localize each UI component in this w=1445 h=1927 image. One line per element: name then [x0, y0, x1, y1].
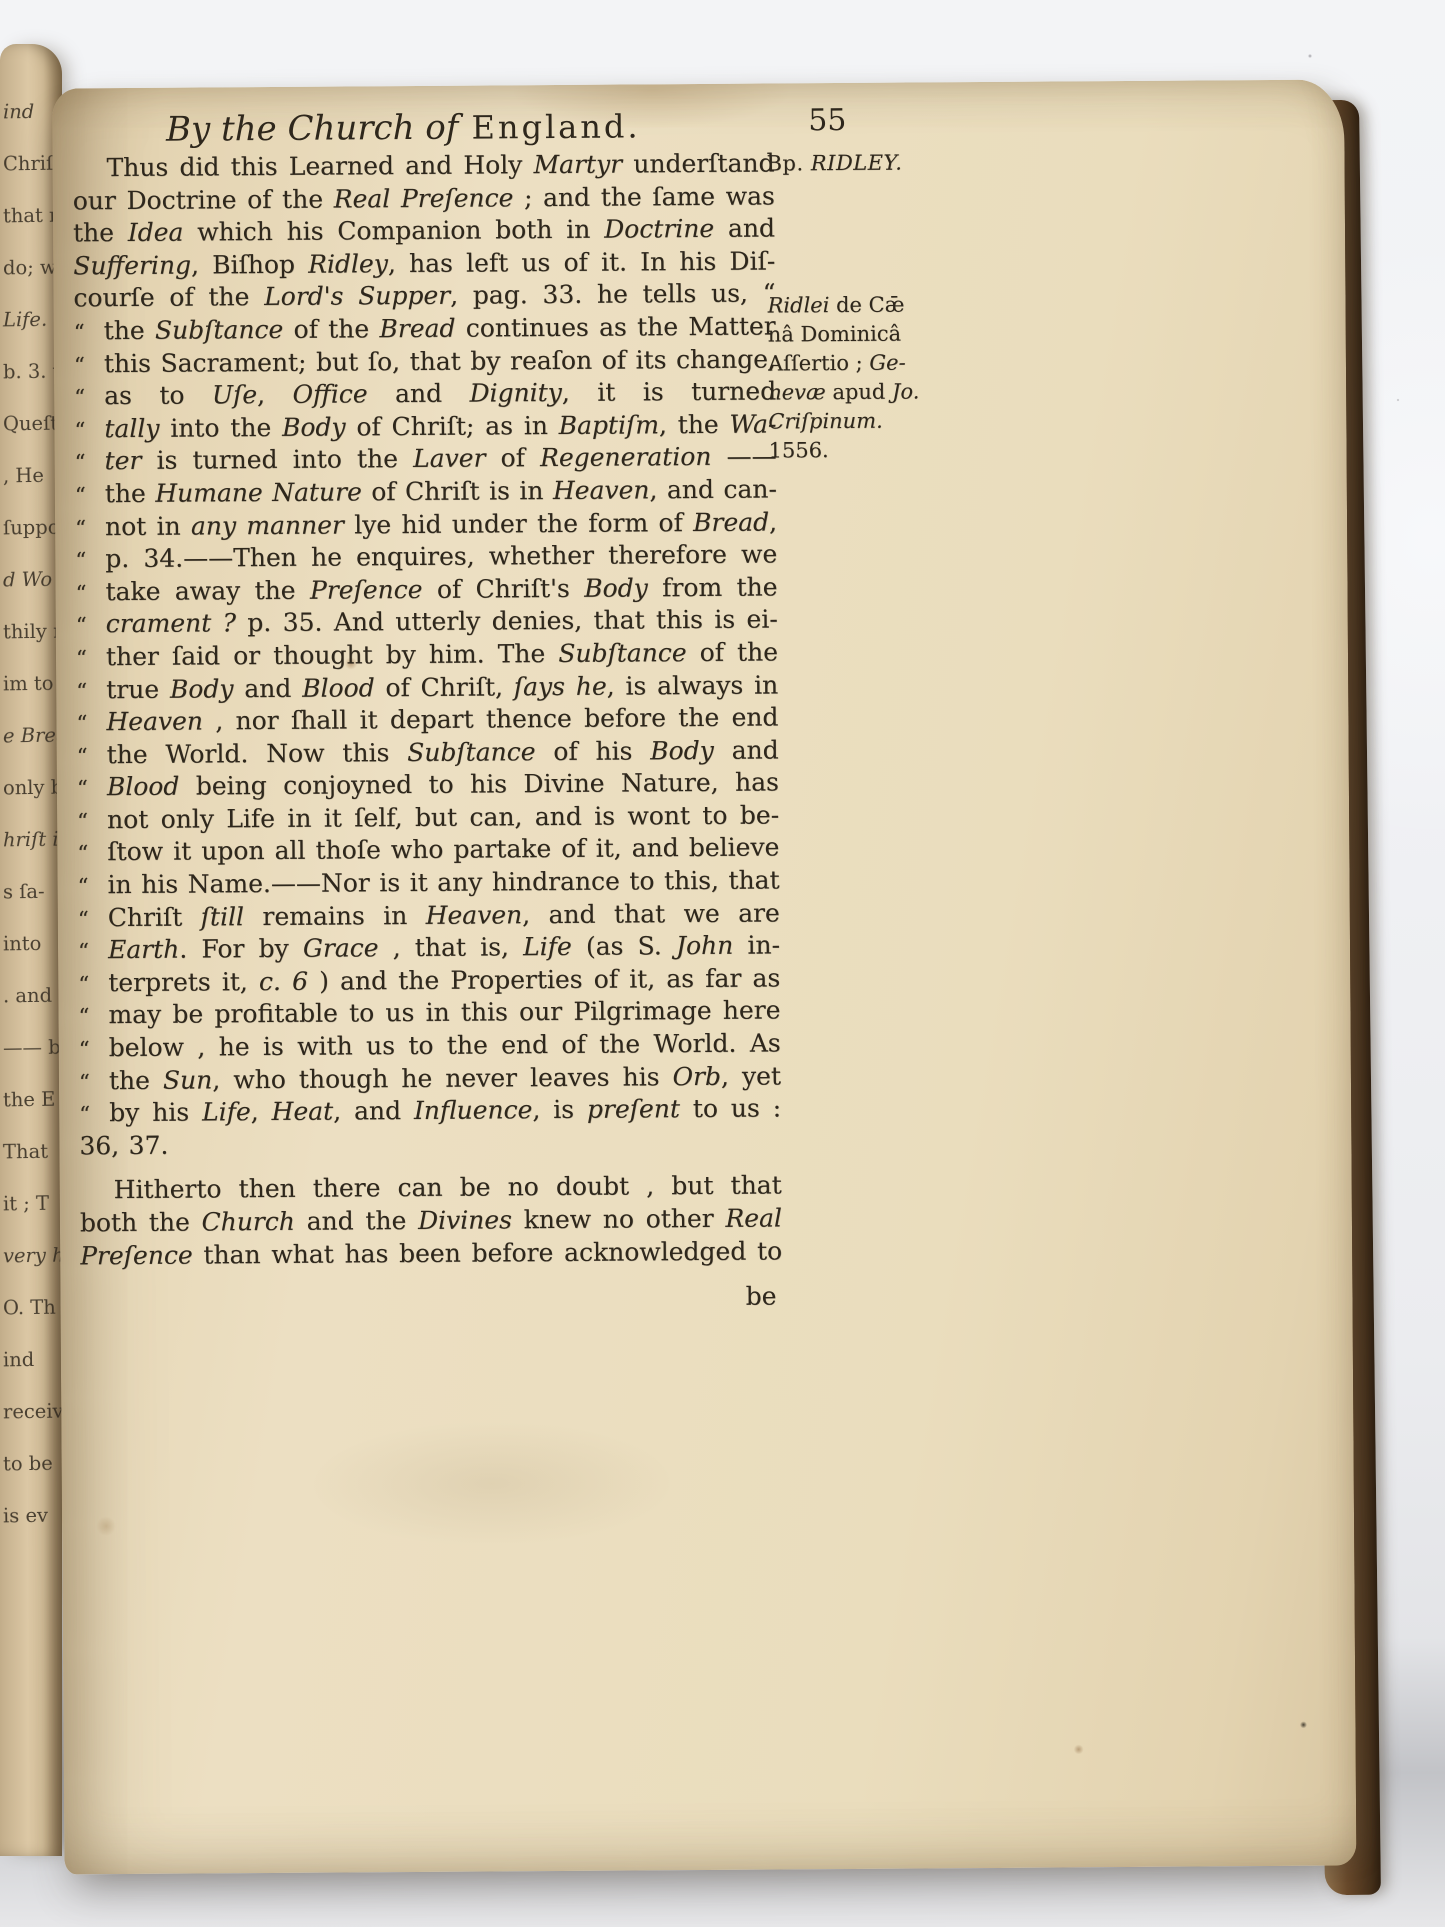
text-line: “Chriſt ſtill remains in Heaven, and tha…	[78, 897, 780, 934]
facing-text-fragment: O. Th	[0, 1282, 62, 1335]
text-line: both the Church and the Divines knew no …	[80, 1202, 782, 1239]
facing-text-fragment: ſuppo	[0, 502, 62, 555]
text-line: “this Sacrament; but ſo, that by reaſon …	[74, 343, 776, 380]
facing-text-fragment: , He	[0, 450, 62, 503]
quotation-mark: “	[77, 773, 107, 804]
quotation-mark: “	[75, 480, 105, 511]
quotation-mark: “	[74, 317, 104, 348]
quotation-mark: “	[77, 741, 107, 772]
text-line: “crament ? p. 35. And utterly denies, th…	[76, 604, 778, 641]
quotation-mark: “	[79, 1034, 109, 1065]
quotation-mark: “	[76, 708, 106, 739]
facing-text-fragment: im to	[0, 658, 62, 711]
text-line: “the Humane Nature of Chriſt is in Heave…	[75, 473, 777, 510]
quotation-mark: “	[78, 969, 108, 1000]
facing-text-fragment: That	[0, 1126, 62, 1179]
body-text: Thus did this Learned and Holy Martyr un…	[72, 147, 782, 1272]
text-line: Bp. RIDLEY.	[766, 148, 1016, 179]
book-page: By the Church of England. 55 Thus did th…	[52, 79, 1356, 1874]
text-line: Thus did this Learned and Holy Martyr un…	[72, 147, 774, 184]
text-line: “Blood being conjoyned to his Divine Nat…	[77, 767, 779, 804]
text-line: “Earth. For by Grace , that is, Life (as…	[78, 930, 780, 967]
book-photo: indChriſtthat mdo; wLife.b. 3. wQueſti, …	[0, 0, 1445, 1927]
text-line: “p. 34.——Then he enquires, whether there…	[75, 539, 777, 576]
text-line: “ſtow it upon all thoſe who partake of i…	[77, 832, 779, 869]
quotation-mark: “	[77, 806, 107, 837]
text-line: the Idea which his Companion both in Doc…	[73, 213, 775, 250]
text-line: “ther ſaid or thought by him. The Subſta…	[76, 636, 778, 673]
text-line: “may be profitable to us in this our Pil…	[78, 995, 780, 1032]
text-line: Ridlei de Cǣ	[767, 290, 1017, 321]
running-header-italic: By the Church of	[166, 108, 459, 150]
text-line: Preſence than what has been before ackno…	[80, 1235, 782, 1272]
quotation-mark: “	[77, 871, 107, 902]
quotation-mark: “	[74, 382, 104, 413]
quotation-mark: “	[75, 545, 105, 576]
quotation-mark: “	[76, 643, 106, 674]
quotation-mark: “	[78, 936, 108, 967]
quotation-mark: “	[78, 904, 108, 935]
facing-text-fragment: b. 3. w	[0, 346, 62, 399]
text-line: “true Body and Blood of Chriſt, ſays he,…	[76, 669, 778, 706]
facing-text-fragment: the E	[0, 1074, 62, 1127]
facing-text-fragment: into	[0, 918, 62, 971]
facing-text-fragment: e Brea	[0, 710, 62, 763]
facing-text-fragment: hriſt i	[0, 814, 62, 867]
facing-text-fragment: d Wo	[0, 554, 62, 607]
text-line: Criſpinum.	[768, 406, 1018, 437]
margin-note-bp-ridley: Bp. RIDLEY.	[766, 148, 1016, 179]
facing-text-fragment: Queſti	[0, 398, 62, 451]
text-line: “tally into the Body of Chriſt; as in Ba…	[74, 408, 776, 445]
running-header: By the Church of England.	[52, 106, 754, 151]
text-line: nevæ apud Jo.	[768, 377, 1018, 408]
quotation-mark: “	[77, 839, 107, 870]
quotation-mark: “	[76, 610, 106, 641]
quotation-mark: “	[79, 1099, 109, 1130]
text-line: 36, 37.	[79, 1125, 781, 1162]
quotation-mark: “	[79, 1067, 109, 1098]
quotation-mark: “	[76, 676, 106, 707]
text-line: “in his Name.——Nor is it any hindrance t…	[77, 865, 779, 902]
text-line: Aſſertio ; Ge-	[768, 348, 1018, 379]
running-header-roman: England.	[458, 107, 640, 146]
quotation-mark: “	[75, 578, 105, 609]
facing-text-fragment: it ; T	[0, 1178, 62, 1231]
text-line: “Heaven , nor ſhall it depart thence bef…	[76, 702, 778, 739]
text-line: nâ Dominicâ	[768, 319, 1018, 350]
text-line: “the Subſtance of the Bread continues as…	[74, 310, 776, 347]
facing-text-fragment: very h	[0, 1230, 62, 1283]
facing-text-fragment: . and	[0, 970, 62, 1023]
paragraph-hitherto: Hitherto then there can be no doubt , bu…	[80, 1170, 783, 1273]
text-line: “as to Uſe, Office and Dignity, it is tu…	[74, 376, 776, 413]
quotation-mark: “	[74, 350, 104, 381]
page-number: 55	[808, 103, 846, 138]
text-line: “by his Life, Heat, and Influence, is pr…	[79, 1093, 781, 1130]
text-line: “below , he is with us to the end of the…	[79, 1027, 781, 1064]
quotation-mark: “	[78, 1002, 108, 1033]
quotation-mark: “	[75, 447, 105, 478]
text-line: “ter is turned into the Laver of Regener…	[75, 441, 777, 478]
quotation-mark: “	[74, 415, 104, 446]
catchword: be	[746, 1281, 777, 1310]
facing-text-fragment: receiv	[0, 1386, 62, 1439]
facing-text-fragment: s ſa-	[0, 866, 62, 919]
text-line: Hitherto then there can be no doubt , bu…	[80, 1170, 782, 1207]
text-line: “not only Life in it ſelf, but can, and …	[77, 799, 779, 836]
facing-text-fragment: thily n	[0, 606, 62, 659]
facing-text-fragment: is ev	[0, 1490, 62, 1543]
text-line: 1556.	[768, 435, 1018, 466]
text-line: “take away the Preſence of Chriſt's Body…	[75, 571, 777, 608]
facing-text-fragment: to be	[0, 1438, 62, 1491]
facing-text-fragment: only by	[0, 762, 62, 815]
facing-text-fragment: ind	[0, 1334, 62, 1387]
facing-text-fragment: —— b	[0, 1022, 62, 1075]
text-line: “terprets it, c. 6 ) and the Properties …	[78, 962, 780, 999]
quotation-mark: “	[75, 513, 105, 544]
text-line: courſe of the Lord's Supper, pag. 33. he…	[73, 278, 775, 315]
text-line: “the World. Now this Subſtance of his Bo…	[77, 734, 779, 771]
text-line: our Doctrine of the Real Preſence ; and …	[73, 180, 775, 217]
paragraph-ridley-quotation: Thus did this Learned and Holy Martyr un…	[72, 147, 781, 1162]
text-line: Suffering, Biſhop Ridley, has left us of…	[73, 245, 775, 282]
text-line: “not in any manner lye hid under the for…	[75, 506, 777, 543]
margin-note-citation: Ridlei de Cǣnâ DominicâAſſertio ; Ge-nev…	[767, 290, 1018, 466]
text-line: “the Sun, who though he never leaves his…	[79, 1060, 781, 1097]
